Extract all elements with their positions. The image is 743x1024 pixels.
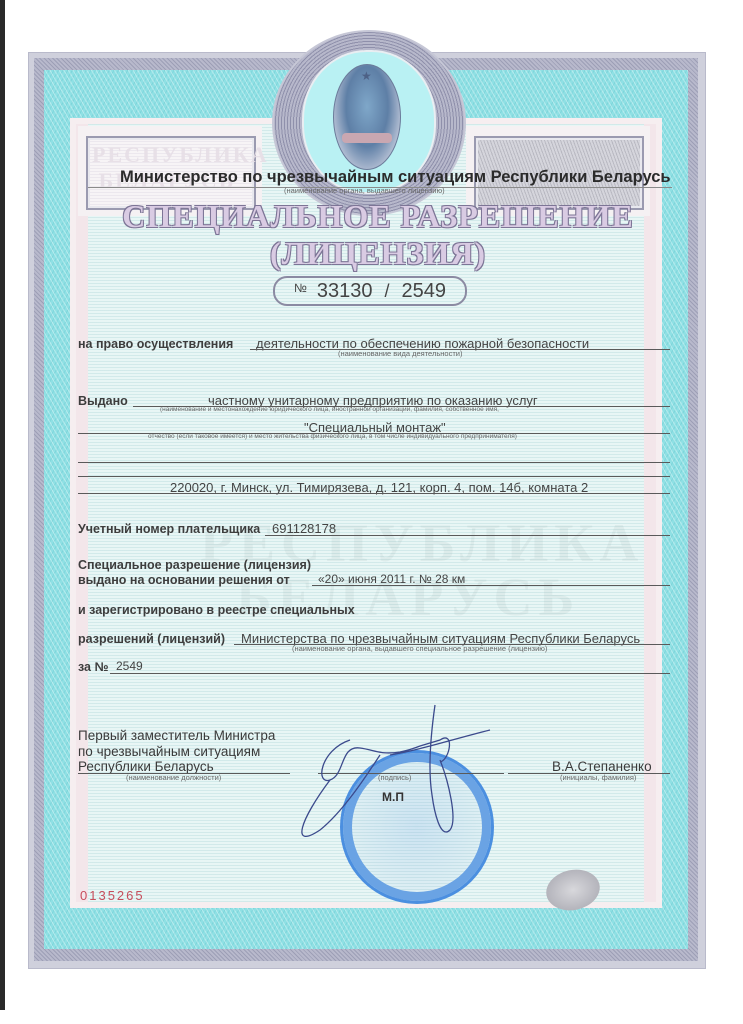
decision-label-line2: выдано на основании решения от bbox=[78, 573, 290, 587]
registry-number-label: за № bbox=[78, 660, 108, 674]
serial-number: 0135265 bbox=[80, 888, 145, 903]
issued-to-caption1: (наименование и местонахождение юридичес… bbox=[160, 406, 499, 413]
signature-scribble bbox=[290, 700, 510, 860]
issuing-body: Министерство по чрезвычайным ситуациям Р… bbox=[120, 168, 671, 187]
number-sign: № bbox=[294, 281, 307, 295]
belarus-coat-of-arms-icon: ★ bbox=[333, 64, 401, 170]
paper-margin-left bbox=[76, 124, 88, 902]
registry-label-line1: и зарегистрировано в реестре специальных bbox=[78, 603, 355, 617]
scan-edge bbox=[0, 0, 5, 1010]
position-line2: по чрезвычайным ситуациям bbox=[78, 744, 260, 759]
issued-to-label: Выдано bbox=[78, 394, 128, 408]
position-line1: Первый заместитель Министра bbox=[78, 728, 275, 743]
registry-number: 2549 bbox=[116, 659, 143, 673]
license-number: 33130 bbox=[317, 280, 373, 303]
registry-label-line2: разрешений (лицензий) bbox=[78, 632, 225, 646]
activity-caption: (наименование вида деятельности) bbox=[338, 349, 462, 358]
position-caption: (наименование должности) bbox=[126, 773, 221, 782]
document-title: СПЕЦИАЛЬНОЕ РАЗРЕШЕНИЕ bbox=[93, 198, 663, 235]
license-sub-number: 2549 bbox=[402, 280, 447, 303]
issued-to-caption2: отчество (если таковое имеется) и место … bbox=[148, 433, 517, 440]
decision-value: «20» июня 2011 г. № 28 км bbox=[318, 572, 465, 586]
license-number-box: № 33130 / 2549 bbox=[273, 276, 467, 306]
taxpayer-number: 691128178 bbox=[272, 521, 336, 536]
taxpayer-label: Учетный номер плательщика bbox=[78, 522, 260, 536]
registry-caption: (наименование органа, выдавшего специаль… bbox=[292, 644, 547, 653]
position-line3: Республики Беларусь bbox=[78, 759, 214, 774]
document-subtitle: (ЛИЦЕНЗИЯ) bbox=[93, 235, 663, 272]
signatory-name: В.А.Степаненко bbox=[552, 759, 652, 774]
issuing-body-caption: (наименование органа, выдавшего лицензию… bbox=[284, 186, 445, 195]
decision-label-line1: Специальное разрешение (лицензия) bbox=[78, 558, 311, 572]
star-icon: ★ bbox=[361, 69, 372, 83]
activity-label: на право осуществления bbox=[78, 337, 233, 351]
signatory-name-caption: (инициалы, фамилия) bbox=[560, 773, 636, 782]
